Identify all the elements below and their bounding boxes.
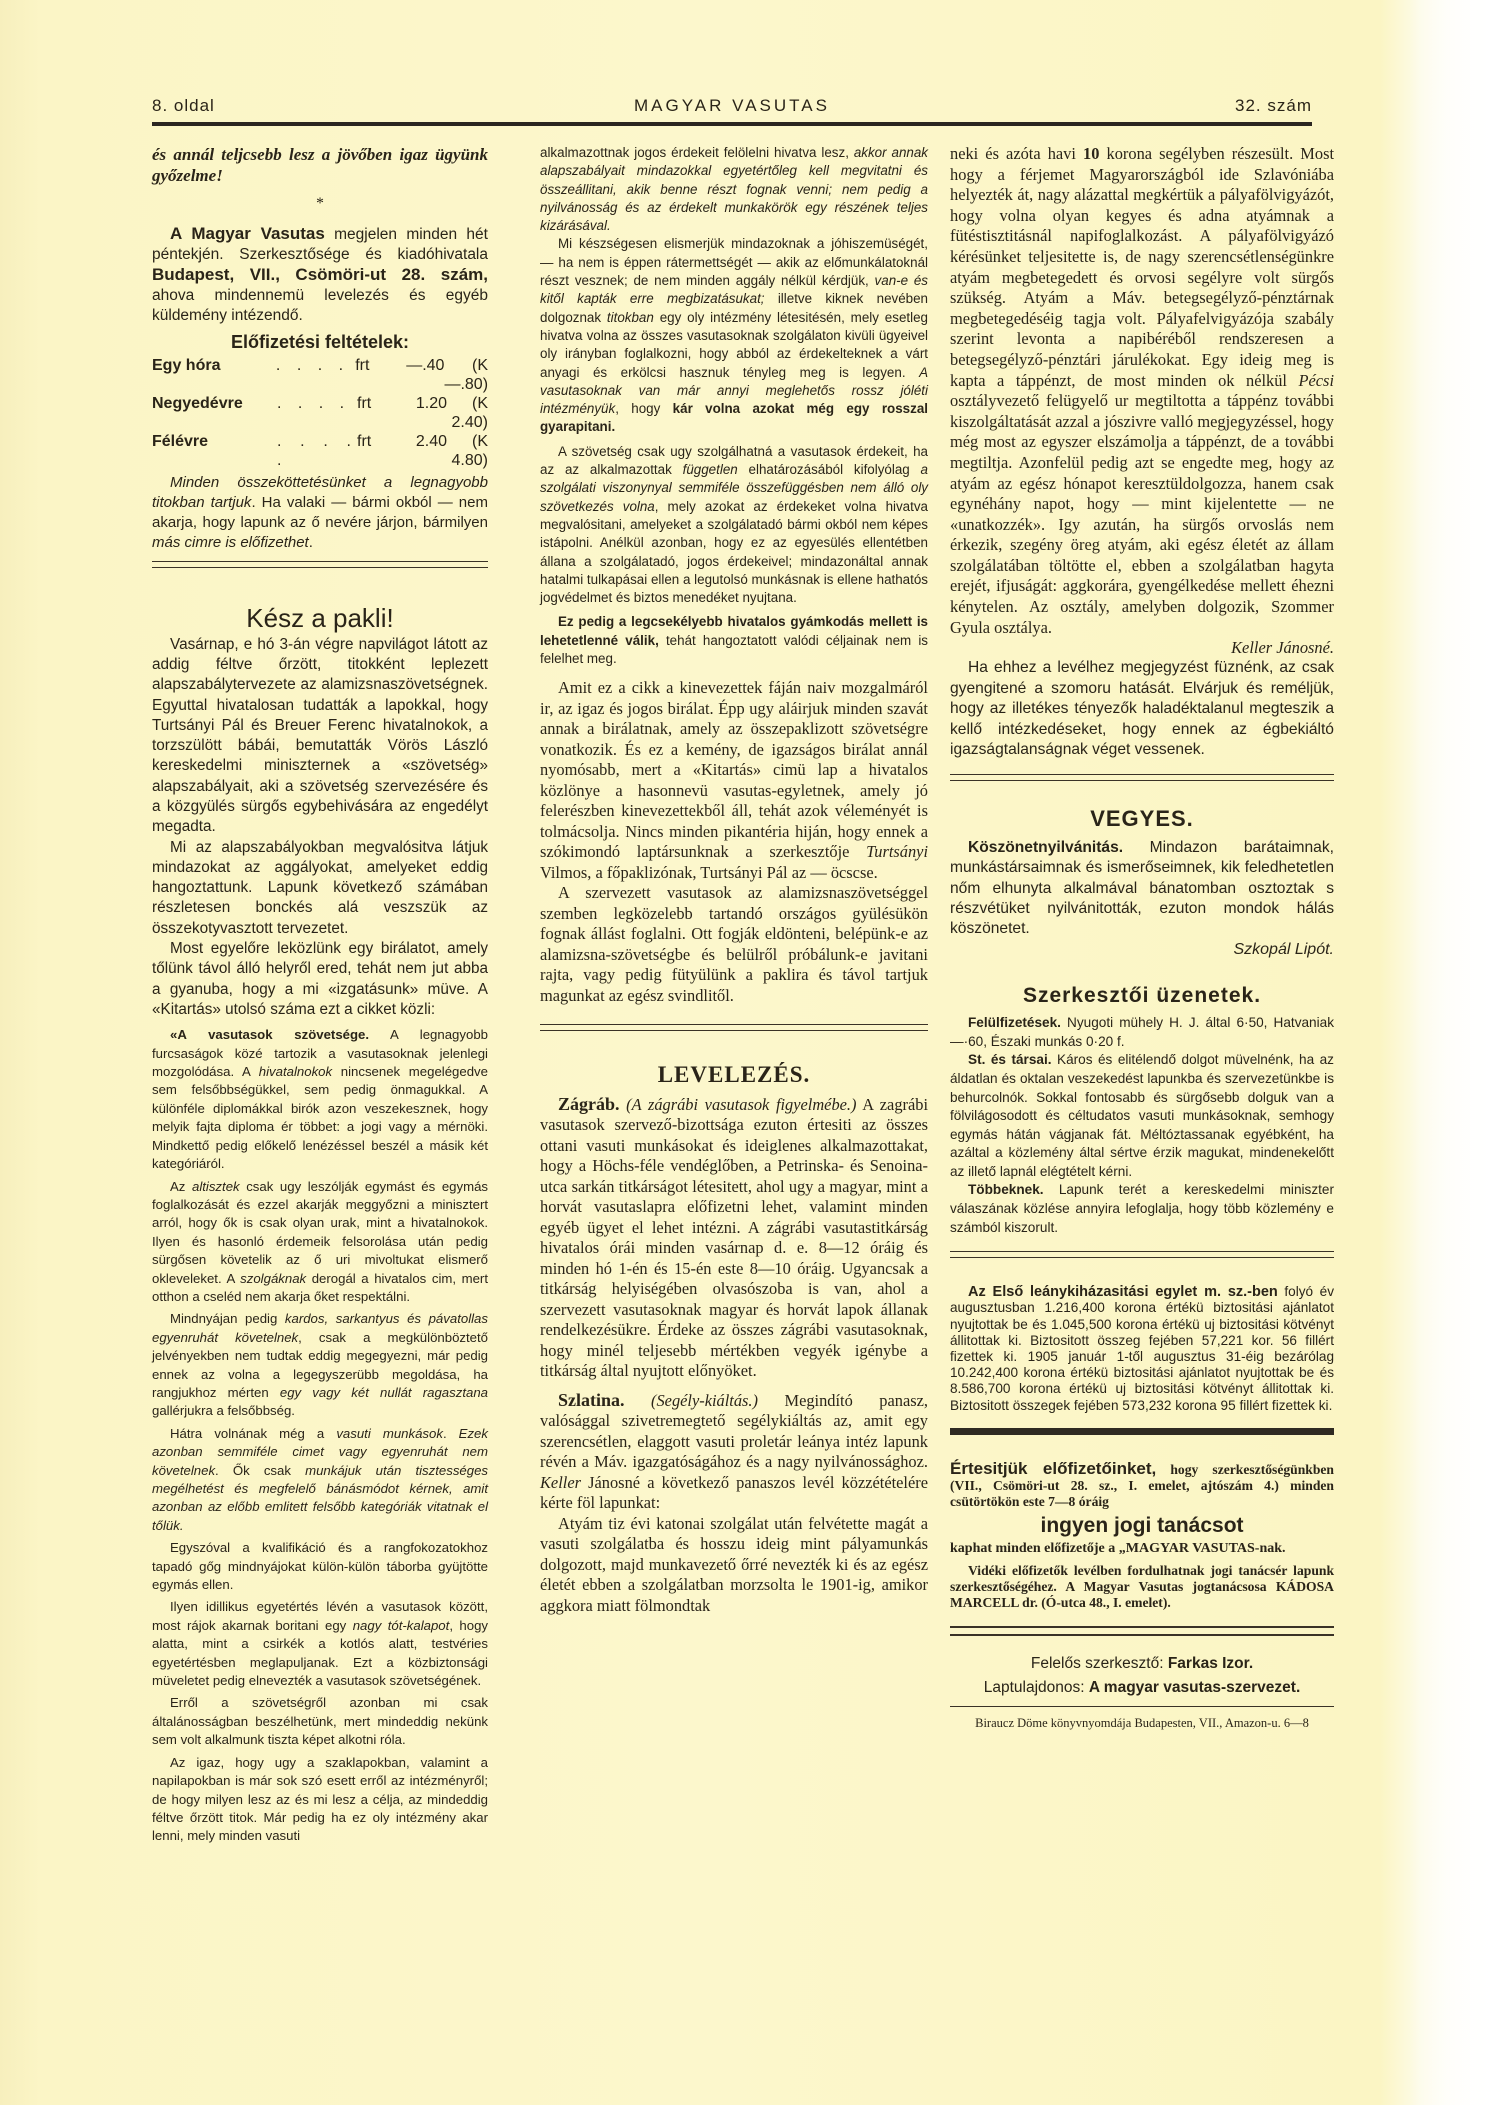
korona-price: (K 2.40) — [447, 394, 488, 432]
t: Amit ez a cikk a kinevezettek fáján naiv… — [540, 678, 928, 861]
section-divider — [152, 561, 488, 568]
imprint: Felelős szerkesztő: Farkas Izor. Laptula… — [950, 1652, 1334, 1700]
t: Értesitjük előfizetőinket, — [950, 1459, 1156, 1478]
section-divider — [950, 1706, 1334, 1707]
quoted-paragraph: Mi készségesen elismerjük mindazoknak a … — [540, 235, 928, 436]
page-header: 8. oldal MAGYAR VASUTAS 32. szám — [152, 90, 1312, 120]
t: Felelős szerkesztő: — [1031, 1655, 1168, 1672]
article-paragraph: Vasárnap, e hó 3-án végre napvilágot lát… — [152, 635, 488, 838]
newspaper-page: 8. oldal MAGYAR VASUTAS 32. szám és anná… — [0, 0, 1500, 2105]
article-paragraph: Mi az alapszabályokban megvalósitva látj… — [152, 838, 488, 939]
quoted-paragraph: A szövetség csak ugy szolgálhatná a vasu… — [540, 443, 928, 608]
note-italic-2: más cimre is előfizethet — [152, 534, 309, 551]
t: szolgáknak — [240, 1271, 306, 1286]
insurance-ad: Az Első leánykiházasitási egylet m. sz.-… — [950, 1284, 1334, 1414]
quoted-article: «A vasutasok szövetsége. A legnagyobb fu… — [152, 1026, 488, 1845]
message-text: Káros és elitélendő dolgot müvelnénk, ha… — [950, 1052, 1334, 1179]
t: nincsenek megelégedve sem felsőbbségükke… — [152, 1064, 488, 1171]
notice-address: Budapest, VII., Csömöri-ut 28. szám, — [152, 265, 488, 284]
t: titokban — [607, 310, 654, 325]
commentary-paragraph: A szervezett vasutasok az alamizsnaszöve… — [540, 883, 928, 1006]
page-edge — [1410, 0, 1500, 2105]
t: hivatalnokok — [259, 1064, 332, 1079]
leader: . . . . — [277, 394, 357, 432]
column-3: neki és azóta havi 10 korona segélyben r… — [950, 144, 1334, 1733]
message-recipient: St. és társai. — [968, 1052, 1052, 1067]
leader: . . . . — [276, 356, 355, 394]
t: Jánosné a következő panaszos levél közzé… — [540, 1473, 928, 1513]
place-name: Zágráb. — [558, 1094, 620, 1114]
quoted-paragraph: Az igaz, hogy ugy a szaklapokban, valami… — [152, 1754, 488, 1846]
publication-notice: A Magyar Vasutas megjelen minden hét pén… — [152, 224, 488, 326]
letter-continuation: neki és azóta havi 10 korona segélyben r… — [950, 144, 1334, 638]
quoted-paragraph: Ilyen idillikus egyetértés lévén a vasut… — [152, 1598, 488, 1690]
section-divider — [950, 1251, 1334, 1258]
letter-signature: Keller Jánosné. — [950, 638, 1334, 658]
subscription-note: Minden összeköttetésünket a legnagyobb t… — [152, 473, 488, 553]
quoted-title: «A vasutasok szövetsége. — [170, 1027, 369, 1042]
editor-message: Többeknek. Lapunk terét a kereskedelmi m… — [950, 1181, 1334, 1237]
masthead: MAGYAR VASUTAS — [152, 96, 1312, 116]
t: (Segély-kiáltás.) — [651, 1391, 758, 1410]
quoted-paragraph: Hátra volnának még a vasuti munkások. Ez… — [152, 1425, 488, 1535]
t: egy vagy két nullát ragasztana — [280, 1385, 488, 1400]
t: A zagrábi vasutasok szervező-bizottsága … — [540, 1095, 928, 1381]
article-paragraph: Most egyelőre leközlünk egy birálatot, a… — [152, 939, 488, 1020]
uzenetek-title: Szerkesztői üzenetek. — [950, 986, 1334, 1006]
legal-ad-text: Értesitjük előfizetőinket, hogy szerkesz… — [950, 1461, 1334, 1511]
place-name: Szlatina. — [558, 1390, 625, 1410]
commentary-paragraph: Amit ez a cikk a kinevezettek fáján naiv… — [540, 678, 928, 883]
t: Turtsányi — [866, 842, 928, 861]
legal-ad-text-3: Vidéki előfizetők levélben fordulhatnak … — [950, 1563, 1334, 1612]
currency: frt — [355, 356, 395, 394]
t: nagy tót-kalapot — [353, 1618, 450, 1633]
letter-szlatina: Szlatina. (Segély-kiáltás.) Megindító pa… — [540, 1390, 928, 1514]
vegyes-title: VEGYES. — [950, 809, 1334, 829]
t: neki és azóta havi — [950, 144, 1083, 163]
period: Félévre — [152, 432, 277, 470]
t: osztályvezető felügyelő ur megtiltotta a… — [950, 391, 1334, 637]
intro-italic: és annál teljcsebb lesz a jövőben igaz ü… — [152, 144, 488, 186]
editorial-note: Ha ehhez a levélhez megjegyzést füznénk,… — [950, 658, 1334, 760]
t: Hátra volnának még a — [170, 1426, 336, 1441]
t: , hogy — [615, 401, 672, 416]
vegyes-signature: Szkopál Lipót. — [950, 940, 1334, 960]
legal-ad-headline: ingyen jogi tanácsot — [950, 1518, 1334, 1534]
column-1: és annál teljcsebb lesz a jövőben igaz ü… — [152, 144, 488, 1846]
editor-line: Felelős szerkesztő: Farkas Izor. — [950, 1652, 1334, 1676]
t: . Ők csak — [215, 1463, 305, 1478]
note-end: . — [309, 534, 313, 551]
t: Laptulajdonos: — [984, 1679, 1089, 1696]
quoted-paragraph: Ez pedig a legcsekélyebb hivatalos gyámk… — [540, 613, 928, 668]
article-title: Kész a pakli! — [152, 608, 488, 628]
korona-price: (K —.80) — [444, 356, 488, 394]
t: Mindnyájan pedig — [170, 1311, 285, 1326]
subscription-row: Félévre. . . . .frt2.40(K 4.80) — [152, 432, 488, 470]
quoted-paragraph: «A vasutasok szövetsége. A legnagyobb fu… — [152, 1026, 488, 1173]
t: gallérjukra a felsőbbség. — [152, 1403, 295, 1418]
t: Farkas Izor. — [1168, 1655, 1253, 1672]
article-body: Vasárnap, e hó 3-án végre napvilágot lát… — [152, 635, 488, 1021]
levelezes-title: LEVELEZÉS. — [540, 1065, 928, 1086]
section-divider — [540, 1024, 928, 1031]
t: folyó év augusztusban 1.216,400 korona é… — [950, 1284, 1334, 1412]
letter-zagrab: Zágráb. (A zágrábi vasutasok figyelmébe.… — [540, 1094, 928, 1382]
t: Pécsi — [1299, 371, 1335, 390]
t: , mely azokat az érdekeket volna hivatva… — [540, 499, 928, 605]
legal-ad-text-2: kaphat minden előfizetője a „MAGYAR VASU… — [950, 1541, 1334, 1557]
t: Mi készségesen elismerjük mindazoknak a … — [540, 236, 928, 288]
message-recipient: Többeknek. — [968, 1182, 1044, 1197]
editor-message: St. és társai. Káros és elitélendő dolgo… — [950, 1051, 1334, 1181]
t: (A zágrábi vasutasok figyelmébe.) — [626, 1095, 856, 1114]
t: Köszönetnyilvánitás. — [968, 839, 1123, 856]
currency: frt — [357, 394, 397, 432]
quoted-continuation: alkalmazottnak jogos érdekeit felölelni … — [540, 144, 928, 235]
t: 10 — [1083, 144, 1099, 163]
price: 2.40 — [397, 432, 447, 470]
subscription-row: Negyedévre. . . .frt1.20(K 2.40) — [152, 394, 488, 432]
vegyes-item: Köszönetnyilvánitás. Mindazon barátaimna… — [950, 838, 1334, 940]
quoted-paragraph: Mindnyájan pedig kardos, sarkantyus és p… — [152, 1310, 488, 1420]
t: vasuti munkások — [336, 1426, 443, 1441]
notice-text-2: ahova mindennemü levelezés és egyéb küld… — [152, 287, 488, 324]
section-divider — [950, 1626, 1334, 1628]
t: A magyar vasutas-szervezet. — [1089, 1679, 1300, 1696]
subscription-title: Előfizetési feltételek: — [152, 332, 488, 352]
t: csak ugy leszólják egymást és egymás fog… — [152, 1179, 488, 1286]
price: 1.20 — [397, 394, 447, 432]
t: alkalmazottnak jogos érdekeit felölelni … — [540, 145, 854, 160]
t: Az Első leánykiházasitási egylet m. sz.-… — [968, 1284, 1278, 1300]
subscription-row: Egy hóra. . . .frt—.40(K —.80) — [152, 356, 488, 394]
message-recipient: Felülfizetések. — [968, 1015, 1061, 1030]
asterisk-divider: * — [152, 194, 488, 214]
quoted-paragraph: Az altisztek csak ugy leszólják egymást … — [152, 1178, 488, 1307]
section-divider — [950, 1634, 1334, 1636]
header-rule — [152, 122, 1312, 126]
leader: . . . . . — [277, 432, 357, 470]
printer-line: Biraucz Döme könyvnyomdája Budapesten, V… — [950, 1713, 1334, 1733]
period: Negyedévre — [152, 394, 277, 432]
quoted-paragraph: Erről a szövetségről azonban mi csak ált… — [152, 1694, 488, 1749]
currency: frt — [357, 432, 397, 470]
t: Vilmos, a főpaklizónak, Turtsányi Pál az… — [540, 863, 878, 882]
notice-title: A Magyar Vasutas — [170, 224, 325, 243]
letter-body: Atyám tiz évi katonai szolgálat után fel… — [540, 1514, 928, 1617]
quoted-paragraph: Egyszóval a kvalifikáció és a rangfokoza… — [152, 1539, 488, 1594]
t: altisztek — [192, 1179, 240, 1194]
legal-advice-ad: Értesitjük előfizetőinket, hogy szerkesz… — [950, 1461, 1334, 1612]
owner-line: Laptulajdonos: A magyar vasutas-szerveze… — [950, 1676, 1334, 1700]
issue-number: 32. szám — [1235, 96, 1312, 116]
period: Egy hóra — [152, 356, 276, 394]
section-divider — [950, 774, 1334, 781]
editor-messages: Felülfizetések. Nyugoti mühely H. J. ált… — [950, 1014, 1334, 1237]
t: elhatározásából kifolyólag — [738, 462, 921, 477]
t: Keller — [540, 1473, 581, 1492]
t: Az — [170, 1179, 192, 1194]
t: . — [443, 1426, 459, 1441]
subscription-table: Egy hóra. . . .frt—.40(K —.80)Negyedévre… — [152, 356, 488, 470]
t: korona segélyben részesült. Most hogy a … — [950, 144, 1334, 390]
price: —.40 — [395, 356, 445, 394]
korona-price: (K 4.80) — [447, 432, 488, 470]
commentary: Amit ez a cikk a kinevezettek fáján naiv… — [540, 678, 928, 1616]
section-divider — [950, 1428, 1334, 1435]
column-2: alkalmazottnak jogos érdekeit felölelni … — [540, 144, 928, 1616]
t: független — [683, 462, 738, 477]
editor-message: Felülfizetések. Nyugoti mühely H. J. ált… — [950, 1014, 1334, 1051]
